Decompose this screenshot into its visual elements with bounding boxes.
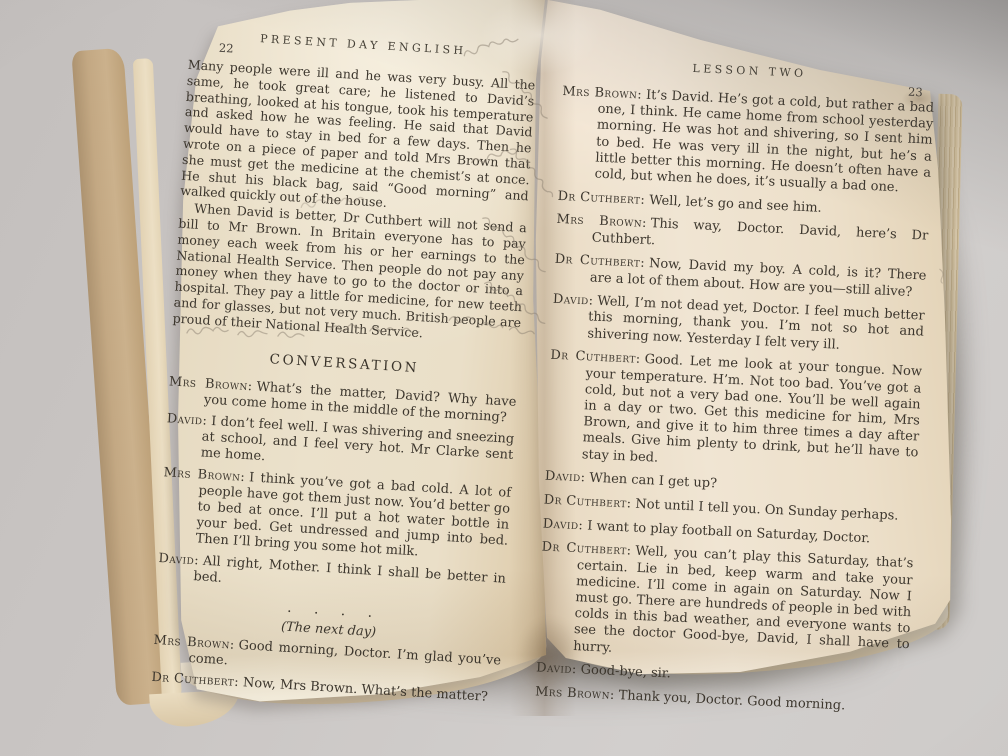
utterance: Thank you, Doctor. Good morning.: [618, 688, 845, 713]
dialogue-line: Dr Cuthbert:Good. Let me look at your to…: [546, 348, 923, 478]
utterance: Good. Let me look at your tongue. Now yo…: [582, 352, 923, 465]
speaker-label: Dr Cuthbert:: [151, 670, 239, 690]
speaker-label: David:: [166, 411, 207, 428]
speaker-label: David:: [158, 551, 199, 568]
speaker-label: Dr Cuthbert:: [543, 493, 631, 512]
speaker-label: Dr Cuthbert:: [541, 540, 631, 559]
speaker-label: David:: [536, 661, 577, 678]
speaker-label: David:: [553, 292, 594, 309]
left-page-text: 22 PRESENT DAY ENGLISH Many people were …: [151, 28, 538, 712]
speaker-label: Dr Cuthbert:: [554, 252, 645, 271]
speaker-label: Mrs Brown:: [562, 84, 642, 103]
speaker-label: Mrs Brown:: [153, 633, 235, 653]
right-page-text: LESSON TWO 23 Mrs Brown:It’s David. He’s…: [534, 56, 935, 725]
pencil-annotation: [330, 321, 420, 337]
speaker-label: David:: [542, 516, 583, 533]
speaker-label: David:: [545, 469, 586, 486]
speaker-label: Mrs Brown:: [163, 465, 245, 485]
utterance: It’s David. He’s got a cold, but rather …: [594, 88, 934, 196]
utterance: Well, let’s go and see him.: [649, 193, 822, 216]
speaker-label: Dr Cuthbert:: [557, 189, 645, 208]
utterance: When can I get up?: [589, 471, 717, 492]
page-number: 22: [218, 41, 233, 56]
utterance: Good-bye, sir.: [580, 663, 671, 682]
utterance: Not until I tell you. On Sunday perhaps.: [635, 497, 899, 524]
speaker-label: Mrs Brown:: [169, 374, 253, 394]
speaker-label: Mrs Brown:: [556, 212, 647, 231]
speaker-label: Dr Cuthbert:: [550, 348, 641, 367]
dialogue-line: Dr Cuthbert:Well, you can’t play this Sa…: [537, 540, 914, 670]
page-number: 23: [908, 85, 923, 100]
dialogue-line: David:Well, I’m not dead yet, Doctor. I …: [551, 292, 925, 357]
utterance: Well, you can’t play this Saturday, that…: [573, 544, 914, 655]
speaker-label: Mrs Brown:: [535, 684, 615, 703]
utterance: I want to play football on Saturday, Doc…: [587, 518, 871, 546]
dialogue-line: Mrs Brown:It’s David. He’s got a cold, b…: [558, 84, 934, 198]
utterance: Well, I’m not dead yet, Doctor. I feel m…: [587, 294, 925, 352]
photo-of-open-book: 22 PRESENT DAY ENGLISH Many people were …: [0, 0, 1008, 756]
dialogue-line: Mrs Brown:I think you’ve got a bad cold.…: [159, 465, 511, 567]
